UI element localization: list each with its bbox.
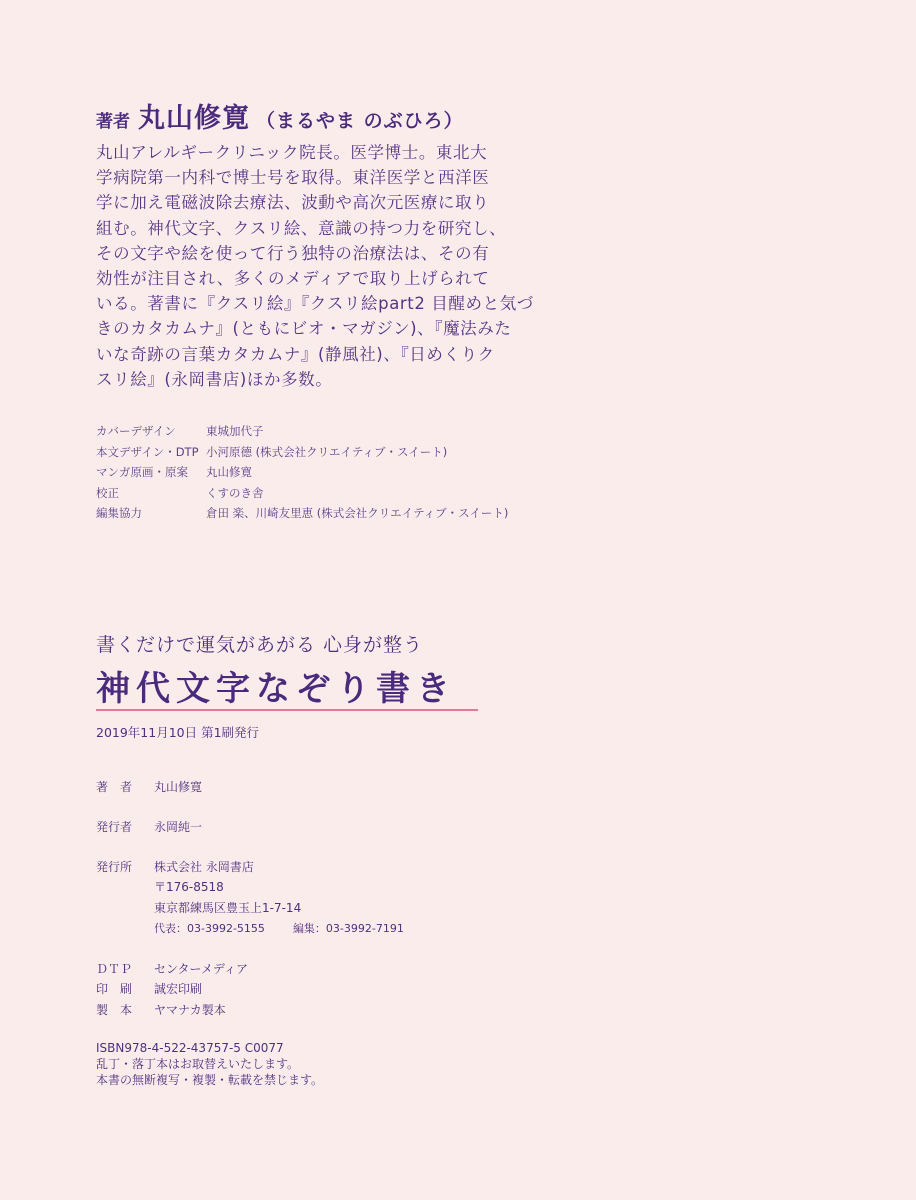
publisher-phone-main: 代表：03-3992-5155 <box>154 920 265 936</box>
colophon-author: 著 者 丸山修寛 <box>96 776 202 797</box>
publisher-address: 東京都練馬区豊玉上1-7-14 <box>154 899 301 916</box>
credit-name: 丸山修寛 <box>206 464 252 480</box>
colophon-publisher: 発行所 株式会社 永岡書店 〒176-8518 東京都練馬区豊玉上1-7-14 … <box>96 856 404 938</box>
credit-row: マンガ原画・原案 丸山修寛 <box>96 462 508 483</box>
author-label: 著者 <box>96 107 130 132</box>
credit-role: マンガ原画・原案 <box>96 464 206 480</box>
colophon-row: 〒176-8518 <box>96 877 404 898</box>
colophon-key: 製 本 <box>96 1001 154 1018</box>
title-divider <box>96 709 478 711</box>
credit-row: 校正 くすのき舎 <box>96 483 508 504</box>
bio-line: 組む。神代文字、クスリ絵、意識の持つ力を研究し、 <box>96 216 526 241</box>
colophon-publisher-person: 発行者 永岡純一 <box>96 816 202 837</box>
credit-role: 編集協力 <box>96 505 206 521</box>
colophon-value: 誠宏印刷 <box>154 980 202 997</box>
notice-line: 乱丁・落丁本はお取替えいたします。 <box>96 1056 323 1072</box>
colophon-key: 著 者 <box>96 778 154 795</box>
credit-role: 本文デザイン・DTP <box>96 444 206 460</box>
author-reading: （まるやま のぶひろ） <box>256 106 464 133</box>
credit-name: 東城加代子 <box>206 423 264 439</box>
colophon-production: ＤＴＰ センターメディア 印 刷 誠宏印刷 製 本 ヤマナカ製本 <box>96 958 248 1020</box>
bio-line: その文字や絵を使って行う独特の治療法は、その有 <box>96 241 526 266</box>
bio-line: 丸山アレルギークリニック院長。医学博士。東北大 <box>96 140 526 165</box>
credit-row: カバーデザイン 東城加代子 <box>96 421 508 442</box>
credit-name: 倉田 楽、川崎友里恵 (株式会社クリエイティブ・スイート) <box>206 505 508 521</box>
colophon-row: 発行所 株式会社 永岡書店 <box>96 856 404 877</box>
credit-row: 本文デザイン・DTP 小河原德 (株式会社クリエイティブ・スイート) <box>96 442 508 463</box>
publisher-postal: 〒176-8518 <box>154 878 224 895</box>
bio-line: 効性が注目され、多くのメディアで取り上げられて <box>96 266 526 291</box>
colophon-row: 著 者 丸山修寛 <box>96 776 202 797</box>
bio-line: 学病院第一内科で博士号を取得。東洋医学と西洋医 <box>96 165 526 190</box>
colophon-key: ＤＴＰ <box>96 960 154 977</box>
credit-name: 小河原德 (株式会社クリエイティブ・スイート) <box>206 444 447 460</box>
bio-line: きのカタカムナ』(ともにビオ・マガジン)、『魔法みた <box>96 316 526 341</box>
bio-line: いる。著書に『クスリ絵』『クスリ絵part2 目醒めと気づ <box>96 291 526 316</box>
credit-role: 校正 <box>96 485 206 501</box>
isbn-block: ISBN978-4-522-43757-5 C0077 乱丁・落丁本はお取替えい… <box>96 1040 323 1088</box>
colophon-row: 発行者 永岡純一 <box>96 816 202 837</box>
book-subtitle: 書くだけで運気があがる 心身が整う <box>96 630 423 657</box>
colophon-row: 製 本 ヤマナカ製本 <box>96 999 248 1020</box>
bio-line: 学に加え電磁波除去療法、波動や高次元医療に取り <box>96 190 526 215</box>
publication-date: 2019年11月10日 第1刷発行 <box>96 723 259 741</box>
colophon-row: 東京都練馬区豊玉上1-7-14 <box>96 897 404 918</box>
author-name: 丸山修寛 <box>138 96 250 135</box>
credit-name: くすのき舎 <box>206 485 264 501</box>
colophon-row: 代表：03-3992-5155 編集：03-3992-7191 <box>96 918 404 939</box>
bio-line: スリ絵』(永岡書店)ほか多数。 <box>96 367 526 392</box>
colophon-value: 永岡純一 <box>154 818 202 835</box>
bio-line: いな奇跡の言葉カタカムナ』(静風社)、『日めくりク <box>96 342 526 367</box>
colophon-value: ヤマナカ製本 <box>154 1001 226 1018</box>
colophon-value: センターメディア <box>154 960 248 977</box>
colophon-value: 丸山修寛 <box>154 778 202 795</box>
credit-role: カバーデザイン <box>96 423 206 439</box>
publisher-phone-editorial: 編集：03-3992-7191 <box>293 920 404 936</box>
author-bio: 丸山アレルギークリニック院長。医学博士。東北大 学病院第一内科で博士号を取得。東… <box>96 140 526 392</box>
author-heading: 著者 丸山修寛 （まるやま のぶひろ） <box>96 96 464 135</box>
colophon-row: 印 刷 誠宏印刷 <box>96 979 248 1000</box>
colophon-row: ＤＴＰ センターメディア <box>96 958 248 979</box>
notice-line: 本書の無断複写・複製・転載を禁じます。 <box>96 1072 323 1088</box>
colophon-key: 印 刷 <box>96 980 154 997</box>
colophon-key: 発行者 <box>96 818 154 835</box>
staff-credits: カバーデザイン 東城加代子 本文デザイン・DTP 小河原德 (株式会社クリエイテ… <box>96 421 508 524</box>
credit-row: 編集協力 倉田 楽、川崎友里恵 (株式会社クリエイティブ・スイート) <box>96 503 508 524</box>
colophon-key: 発行所 <box>96 858 154 875</box>
publisher-company: 株式会社 永岡書店 <box>154 858 254 875</box>
isbn: ISBN978-4-522-43757-5 C0077 <box>96 1040 323 1056</box>
book-title: 神代文字なぞり書き <box>96 661 456 710</box>
